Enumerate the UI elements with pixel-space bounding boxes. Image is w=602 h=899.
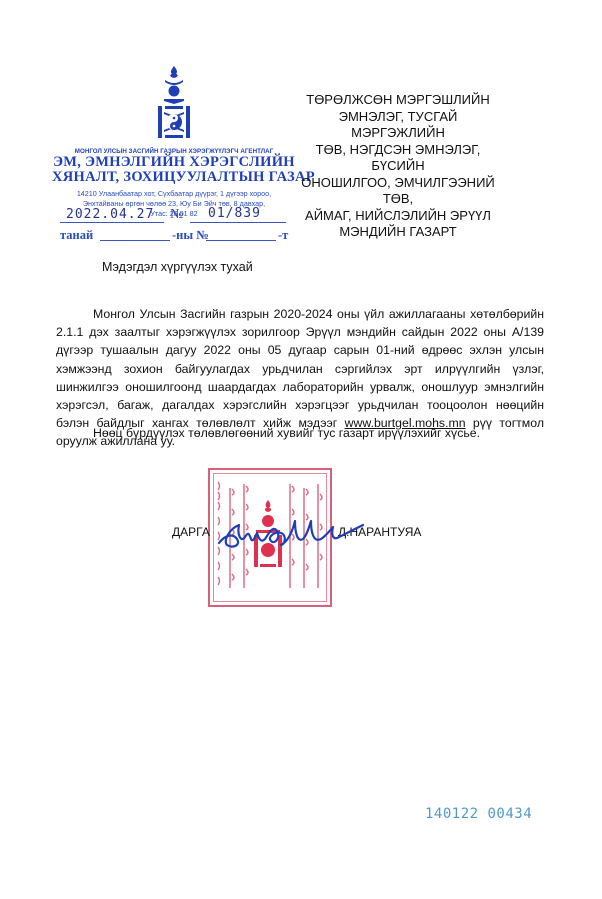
recipient-line: АЙМАГ, НИЙСЛЭЛИЙН ЭРҮҮЛ bbox=[298, 208, 498, 225]
registration-stamp: 140122 00434 bbox=[425, 806, 532, 822]
recipient-line: ТӨРӨЛЖСӨН МЭРГЭШЛИЙН bbox=[298, 92, 498, 109]
recipient-line: ОНОШИЛГОО, ЭМЧИЛГЭЭНИЙ ТӨВ, bbox=[298, 175, 498, 208]
handwritten-signature-icon bbox=[215, 505, 365, 553]
body-text-part: Монгол Улсын Засгийн газрын 2020-2024 он… bbox=[56, 307, 544, 430]
address-line1: 14210 Улаанбаатар хот, Сүхбаатар дүүрэг,… bbox=[52, 189, 296, 199]
yours-label: танай bbox=[60, 228, 93, 243]
your-reference-line: танай -ны № -т bbox=[60, 228, 286, 244]
recipient-line: ЭМНЭЛЭГ, ТУСГАЙ МЭРГЭЖЛИЙН bbox=[298, 109, 498, 142]
yours-end: -т bbox=[278, 228, 288, 243]
agency-name-line2: ХЯНАЛТ, ЗОХИЦУУЛАЛТЫН ГАЗАР bbox=[52, 170, 296, 185]
letterhead: МОНГОЛ УЛСЫН ЗАСГИЙН ГАЗРЫН ХЭРЭГЖҮҮЛЭГЧ… bbox=[52, 64, 296, 219]
recipient-address: ТӨРӨЛЖСӨН МЭРГЭШЛИЙН ЭМНЭЛЭГ, ТУСГАЙ МЭР… bbox=[298, 92, 498, 241]
letter-number: 01/839 bbox=[208, 206, 261, 221]
soyombo-emblem-icon bbox=[154, 64, 194, 142]
reference-line: 2022.04.27 № 01/839 bbox=[60, 206, 286, 224]
recipient-line: МЭНДИЙН ГАЗАРТ bbox=[298, 224, 498, 241]
letter-subject: Мэдэгдэл хүргүүлэх тухай bbox=[102, 260, 253, 274]
recipient-line: ТӨВ, НЭГДСЭН ЭМНЭЛЭГ, БҮСИЙН bbox=[298, 142, 498, 175]
yours-mid: -ны № bbox=[172, 228, 209, 243]
signatory-title: ДАРГА bbox=[172, 525, 210, 539]
number-sign: № bbox=[170, 207, 183, 223]
letter-page: МОНГОЛ УЛСЫН ЗАСГИЙН ГАЗРЫН ХЭРЭГЖҮҮЛЭГЧ… bbox=[0, 0, 602, 899]
agency-name-line1: ЭМ, ЭМНЭЛГИЙН ХЭРЭГСЛИЙН bbox=[52, 155, 296, 170]
letter-date: 2022.04.27 bbox=[66, 207, 154, 222]
closing-paragraph: Нөөц бүрдүүлэх төлөвлөгөөний хувийг тус … bbox=[93, 426, 480, 440]
